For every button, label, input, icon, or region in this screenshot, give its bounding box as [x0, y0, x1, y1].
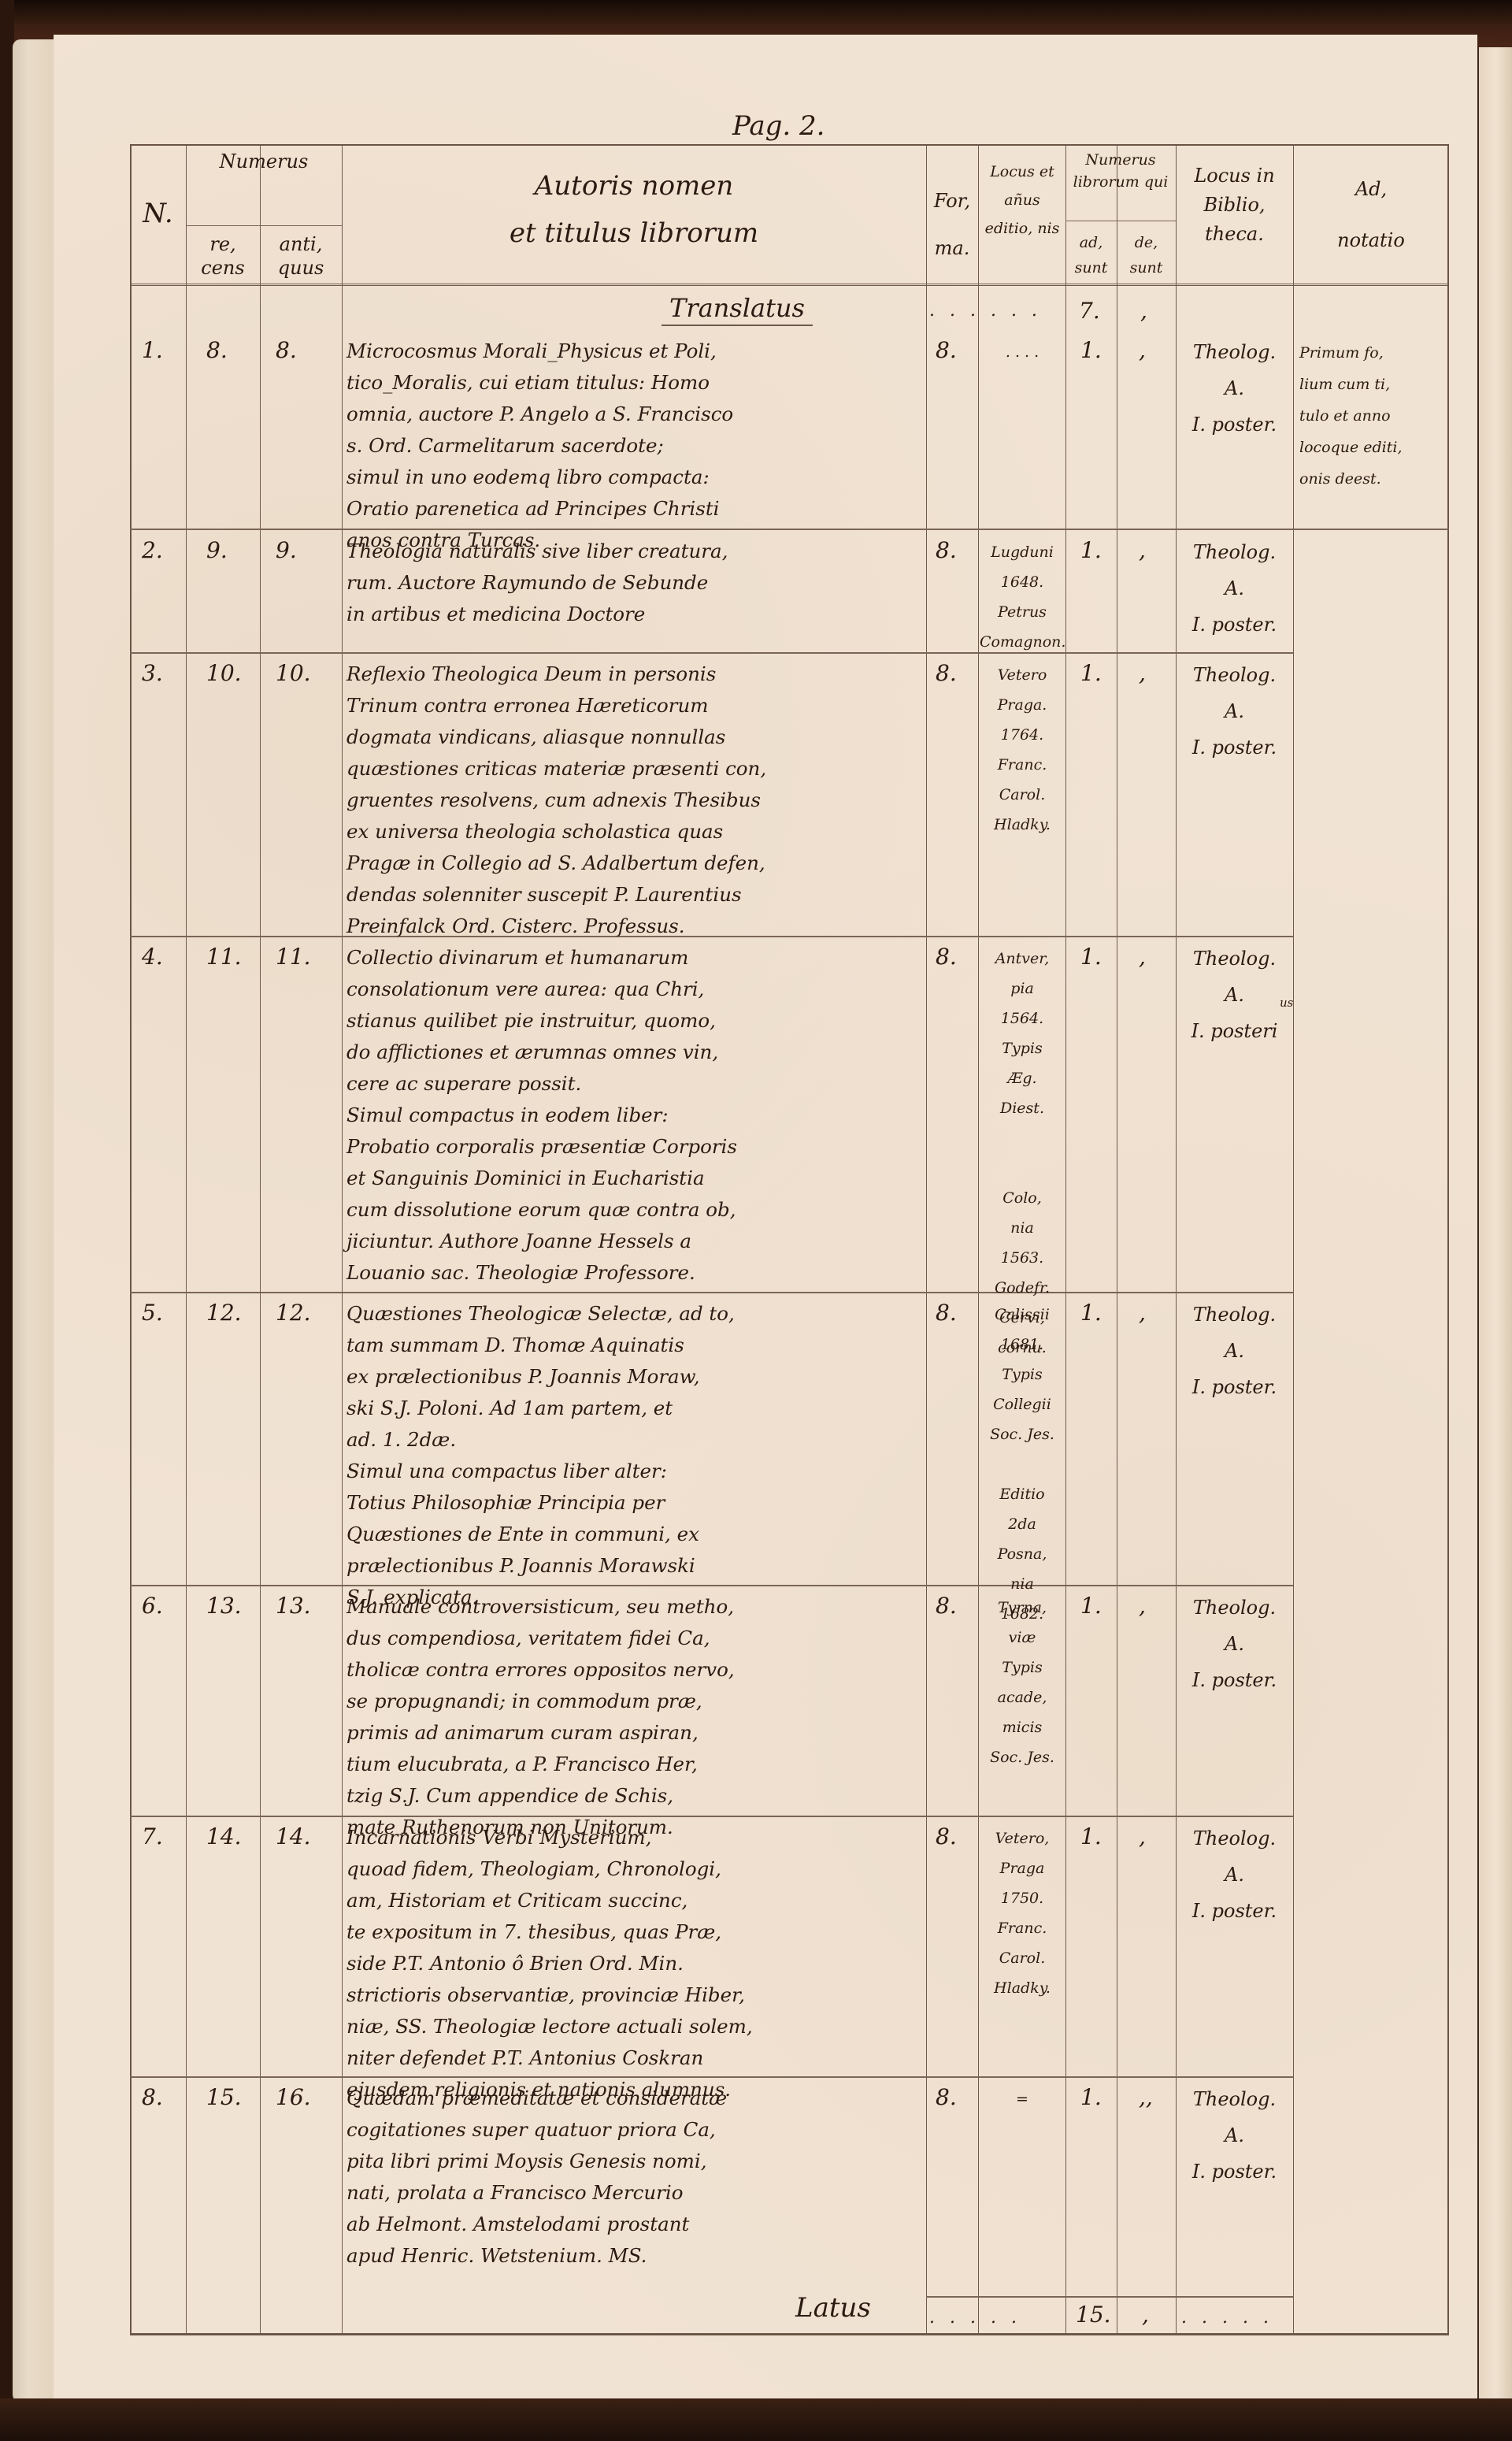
book-title-line: tico_Moralis, cui etiam titulus: Homo [346, 367, 923, 399]
book-title-line: simul in uno eodemq libro compacta: [346, 462, 923, 493]
book-title-line: rum. Auctore Raymundo de Sebunde [346, 567, 923, 599]
book-title-line: ski S.J. Poloni. Ad 1am partem, et [346, 1393, 923, 1424]
book-title-line: pita libri primi Moysis Genesis nomi, [346, 2146, 923, 2177]
row-rule [130, 1292, 1293, 1293]
header-adnotatio-bottom: notatio [1293, 228, 1449, 252]
adsunt-count: 1. [1080, 1823, 1102, 1849]
book-title-line: dus compendiosa, veritatem fidei Ca, [346, 1623, 923, 1654]
carried-forward-dots: . . . . . . [929, 301, 1042, 321]
locus-editionis: Tyrna, viæ Typis acade, micis Soc. Jes. [980, 1593, 1065, 1772]
book-title-line: ad. 1. 2dæ. [346, 1424, 923, 1456]
book-title-line: Pragæ in Collegio ad S. Adalbertum defen… [346, 848, 923, 879]
forma: 8. [936, 1823, 957, 1849]
antiquus-number: 16. [276, 2084, 311, 2110]
recens-number: 15. [206, 2084, 242, 2110]
header-subrule [186, 225, 342, 226]
book-title-line: jiciuntur. Authore Joanne Hessels a [346, 1226, 923, 1257]
antiquus-number: 10. [276, 660, 311, 686]
book-title-line: gruentes resolvens, cum adnexis Thesibus [346, 785, 923, 816]
row-number: 7. [142, 1823, 163, 1849]
book-title-line: niæ, SS. Theologiæ lectore actuali solem… [346, 2011, 923, 2042]
book-title-line: ex prælectionibus P. Joannis Moraw, [346, 1361, 923, 1393]
book-title-line: cum dissolutione eorum quæ contra ob, [346, 1194, 923, 1226]
header-locus-editionis: Locus et añus editio, nis [980, 158, 1065, 243]
book-title-line: niter defendet P.T. Antonius Coskran [346, 2042, 923, 2074]
column-rule [1293, 144, 1294, 2335]
book-title-line: Quæstiones de Ente in communi, ex [346, 1519, 923, 1550]
book-title-line: Totius Philosophiæ Principia per [346, 1487, 923, 1519]
forma: 8. [936, 337, 957, 363]
book-title-line: s. Ord. Carmelitarum sacerdote; [346, 430, 923, 462]
adsunt-count: 1. [1080, 537, 1102, 563]
forma: 8. [936, 537, 957, 563]
book-title: Microcosmus Morali_Physicus et Poli,tico… [346, 336, 923, 556]
book-title-line: prælectionibus P. Joannis Morawski [346, 1550, 923, 1582]
book-title-line: dogmata vindicans, aliasque nonnullas [346, 722, 923, 753]
book-title: Theologia naturalis sive liber creatura,… [346, 536, 923, 630]
desunt-count: , [1139, 660, 1146, 686]
book-title-line: nati, prolata a Francisco Mercurio [346, 2177, 923, 2209]
antiquus-number: 12. [276, 1300, 311, 1326]
page-edge-right [1477, 47, 1512, 2402]
adsunt-count: 1. [1080, 1593, 1102, 1619]
book-binding-bottom [0, 2398, 1512, 2441]
forma: 8. [936, 2084, 957, 2110]
antiquus-number: 9. [276, 537, 297, 563]
column-rule [1065, 144, 1066, 2335]
header-numerus-librorum: Numerus librorum qui [1067, 150, 1174, 193]
header-locus-bibliotheca: Locus in Biblio, theca. [1176, 161, 1293, 250]
desunt-count: , [1139, 944, 1146, 970]
forma: 8. [936, 1300, 957, 1326]
locus-bibliotheca: Theolog. A. I. poster. [1176, 657, 1293, 766]
book-title-line: Quædam præmeditatæ et consideratæ [346, 2083, 923, 2114]
locus-bibliotheca: Theolog. A. I. poster. [1176, 1590, 1293, 1698]
book-title-line: et Sanguinis Dominici in Eucharistia [346, 1163, 923, 1194]
header-subrule [1065, 221, 1176, 221]
book-title-line: cogitationes super quatuor priora Ca, [346, 2114, 923, 2146]
locus-superscript: us [1280, 996, 1293, 1010]
page-edge-left [13, 39, 54, 2402]
antiquus-number: 14. [276, 1823, 311, 1849]
recens-number: 11. [206, 944, 242, 970]
locus-editionis: Calissii 1681. Typis Collegii Soc. Jes. … [980, 1300, 1065, 1629]
locus-editionis: Vetero, Praga 1750. Franc. Carol. Hladky… [980, 1823, 1065, 2003]
book-title-line: Probatio corporalis præsentiæ Corporis [346, 1131, 923, 1163]
column-rule [186, 144, 187, 2335]
book-title-line: side P.T. Antonio ô Brien Ord. Min. [346, 1948, 923, 1979]
forma: 8. [936, 1593, 957, 1619]
header-recens: re, cens [186, 232, 260, 280]
book-title-line: Preinfalck Ord. Cisterc. Professus. [346, 911, 923, 942]
locus-editionis: Lugduni 1648. Petrus Comagnon. [980, 537, 1065, 657]
book-title-line: Collectio divinarum et humanarum [346, 942, 923, 974]
header-titulus-librorum: et titulus librorum [342, 217, 926, 250]
row-number: 8. [142, 2084, 163, 2110]
locus-bibliotheca: Theolog. A. I. poster. [1176, 534, 1293, 643]
adsunt-count: 1. [1080, 2084, 1102, 2110]
book-title-line: tam summam D. Thomæ Aquinatis [346, 1330, 923, 1361]
header-numerus: Numerus [186, 150, 342, 173]
desunt-count: ,, [1139, 2084, 1153, 2110]
carried-forward-adsunt: 7. [1079, 298, 1100, 324]
book-title: Collectio divinarum et humanarumconsolat… [346, 942, 923, 1289]
subtotal-adsunt: 15. [1076, 2302, 1111, 2328]
header-desunt: de, sunt [1117, 230, 1176, 281]
header-forma-bottom: ma. [926, 236, 978, 260]
book-title: Incarnationis Verbi Mysterium,quoad fide… [346, 1822, 923, 2105]
book-title-line: strictioris observantiæ, provinciæ Hiber… [346, 1979, 923, 2011]
book-title-line: Simul una compactus liber alter: [346, 1456, 923, 1487]
header-forma-top: For, [926, 189, 978, 213]
book-title-line: omnia, auctore P. Angelo a S. Francisco [346, 399, 923, 430]
book-title-line: primis ad animarum curam aspiran, [346, 1717, 923, 1749]
book-title-line: tzig S.J. Cum appendice de Schis, [346, 1780, 923, 1812]
book-title: Quædam præmeditatæ et consideratæcogitat… [346, 2083, 923, 2272]
book-title-line: in artibus et medicina Doctore [346, 599, 923, 630]
book-title-line: cere ac superare possit. [346, 1068, 923, 1100]
book-title-line: quæstiones criticas materiæ præsenti con… [346, 753, 923, 785]
subtotal-dots: . . . . . [929, 2308, 1021, 2328]
header-bottom-rule [130, 284, 1449, 286]
recens-number: 13. [206, 1593, 242, 1619]
row-number: 4. [142, 944, 163, 970]
book-title: Quæstiones Theologicæ Selectæ, ad to,tam… [346, 1298, 923, 1613]
header-antiquus: anti, quus [260, 232, 342, 280]
book-title-line: te expositum in 7. thesibus, quas Præ, [346, 1916, 923, 1948]
column-rule [260, 144, 261, 2335]
book-title-line: Theologia naturalis sive liber creatura, [346, 536, 923, 567]
recens-number: 12. [206, 1300, 242, 1326]
table-bottom-rule [130, 2333, 1449, 2335]
row-number: 2. [142, 537, 163, 563]
antiquus-number: 13. [276, 1593, 311, 1619]
book-title-line: Reflexio Theologica Deum in personis [346, 658, 923, 690]
page-number: Pag. 2. [732, 110, 825, 142]
desunt-count: , [1139, 337, 1146, 363]
book-title-line: do afflictiones et ærumnas omnes vin, [346, 1037, 923, 1068]
locus-bibliotheca: Theolog. A. I. poster. [1176, 1820, 1293, 1929]
recens-number: 10. [206, 660, 242, 686]
adsunt-count: 1. [1080, 1300, 1102, 1326]
row-rule [130, 652, 1293, 654]
book-title-line: ab Helmont. Amstelodami prostant [346, 2209, 923, 2240]
book-title-line: apud Henric. Wetstenium. MS. [346, 2240, 923, 2272]
subtotal-desunt: , [1142, 2302, 1149, 2328]
book-title-line: tholicæ contra errores oppositos nervo, [346, 1654, 923, 1686]
header-adnotatio-top: Ad, [1293, 177, 1449, 201]
adsunt-count: 1. [1080, 660, 1102, 686]
book-title-line: se propugnandi; in commodum præ, [346, 1686, 923, 1717]
book-title-line: Simul compactus in eodem liber: [346, 1100, 923, 1131]
book-title-line: Incarnationis Verbi Mysterium, [346, 1822, 923, 1853]
locus-bibliotheca: Theolog. A. I. poster. [1176, 2081, 1293, 2190]
book-title: Manuale controversisticum, seu metho,dus… [346, 1591, 923, 1843]
adsunt-count: 1. [1080, 944, 1102, 970]
antiquus-number: 8. [276, 337, 297, 363]
antiquus-number: 11. [276, 944, 311, 970]
locus-bibliotheca: Theolog. A. I. posteri [1176, 940, 1293, 1049]
subtotal-rule [926, 2296, 1293, 2298]
subtotal-label: Latus [795, 2292, 871, 2324]
subtotal-trailing-dots: . . . . . [1181, 2308, 1273, 2328]
locus-editionis: = [980, 2084, 1065, 2114]
carried-forward-label: Translatus [661, 293, 813, 326]
recens-number: 8. [206, 337, 228, 363]
adnotatio: Primum fo, lium cum ti, tulo et anno loc… [1299, 337, 1446, 495]
book-title-line: quoad fidem, Theologiam, Chronologi, [346, 1853, 923, 1885]
adsunt-count: 1. [1080, 337, 1102, 363]
column-rule [1176, 144, 1177, 2335]
row-number: 1. [142, 337, 163, 363]
book-title-line: Manuale controversisticum, seu metho, [346, 1591, 923, 1623]
recens-number: 9. [206, 537, 228, 563]
carried-forward-desunt: , [1140, 298, 1147, 324]
desunt-count: , [1139, 1823, 1146, 1849]
book-title-line: consolationum vere aurea: qua Chri, [346, 974, 923, 1005]
row-number: 6. [142, 1593, 163, 1619]
column-rule [926, 144, 927, 2335]
desunt-count: , [1139, 1300, 1146, 1326]
book-title-line: ex universa theologia scholastica quas [346, 816, 923, 848]
column-rule [1117, 144, 1117, 2335]
column-rule [978, 144, 979, 2335]
header-autoris-nomen: Autoris nomen [342, 169, 926, 203]
book-title-line: Trinum contra erronea Hæreticorum [346, 690, 923, 722]
locus-bibliotheca: Theolog. A. I. poster. [1176, 1297, 1293, 1405]
book-title-line: stianus quilibet pie instruitur, quomo, [346, 1005, 923, 1037]
locus-bibliotheca: Theolog. A. I. poster. [1176, 334, 1293, 443]
header-n: N. [130, 197, 186, 231]
locus-editionis: Vetero Praga. 1764. Franc. Carol. Hladky… [980, 660, 1065, 840]
book-title-line: Quæstiones Theologicæ Selectæ, ad to, [346, 1298, 923, 1330]
book-title-line: Microcosmus Morali_Physicus et Poli, [346, 336, 923, 367]
locus-editionis: . . . . [980, 337, 1065, 367]
desunt-count: , [1139, 537, 1146, 563]
row-number: 3. [142, 660, 163, 686]
row-number: 5. [142, 1300, 163, 1326]
book-title-line: Oratio parenetica ad Principes Christi [346, 493, 923, 525]
book-title-line: Louanio sac. Theologiæ Professore. [346, 1257, 923, 1289]
book-title-line: am, Historiam et Criticam succinc, [346, 1885, 923, 1916]
book-title-line: dendas solenniter suscepit P. Laurentius [346, 879, 923, 911]
forma: 8. [936, 660, 957, 686]
recens-number: 14. [206, 1823, 242, 1849]
book-title: Reflexio Theologica Deum in personisTrin… [346, 658, 923, 942]
column-rule [342, 144, 343, 2335]
book-title-line: tium elucubrata, a P. Francisco Her, [346, 1749, 923, 1780]
forma: 8. [936, 944, 957, 970]
desunt-count: , [1139, 1593, 1146, 1619]
header-adsunt: ad, sunt [1065, 230, 1117, 281]
